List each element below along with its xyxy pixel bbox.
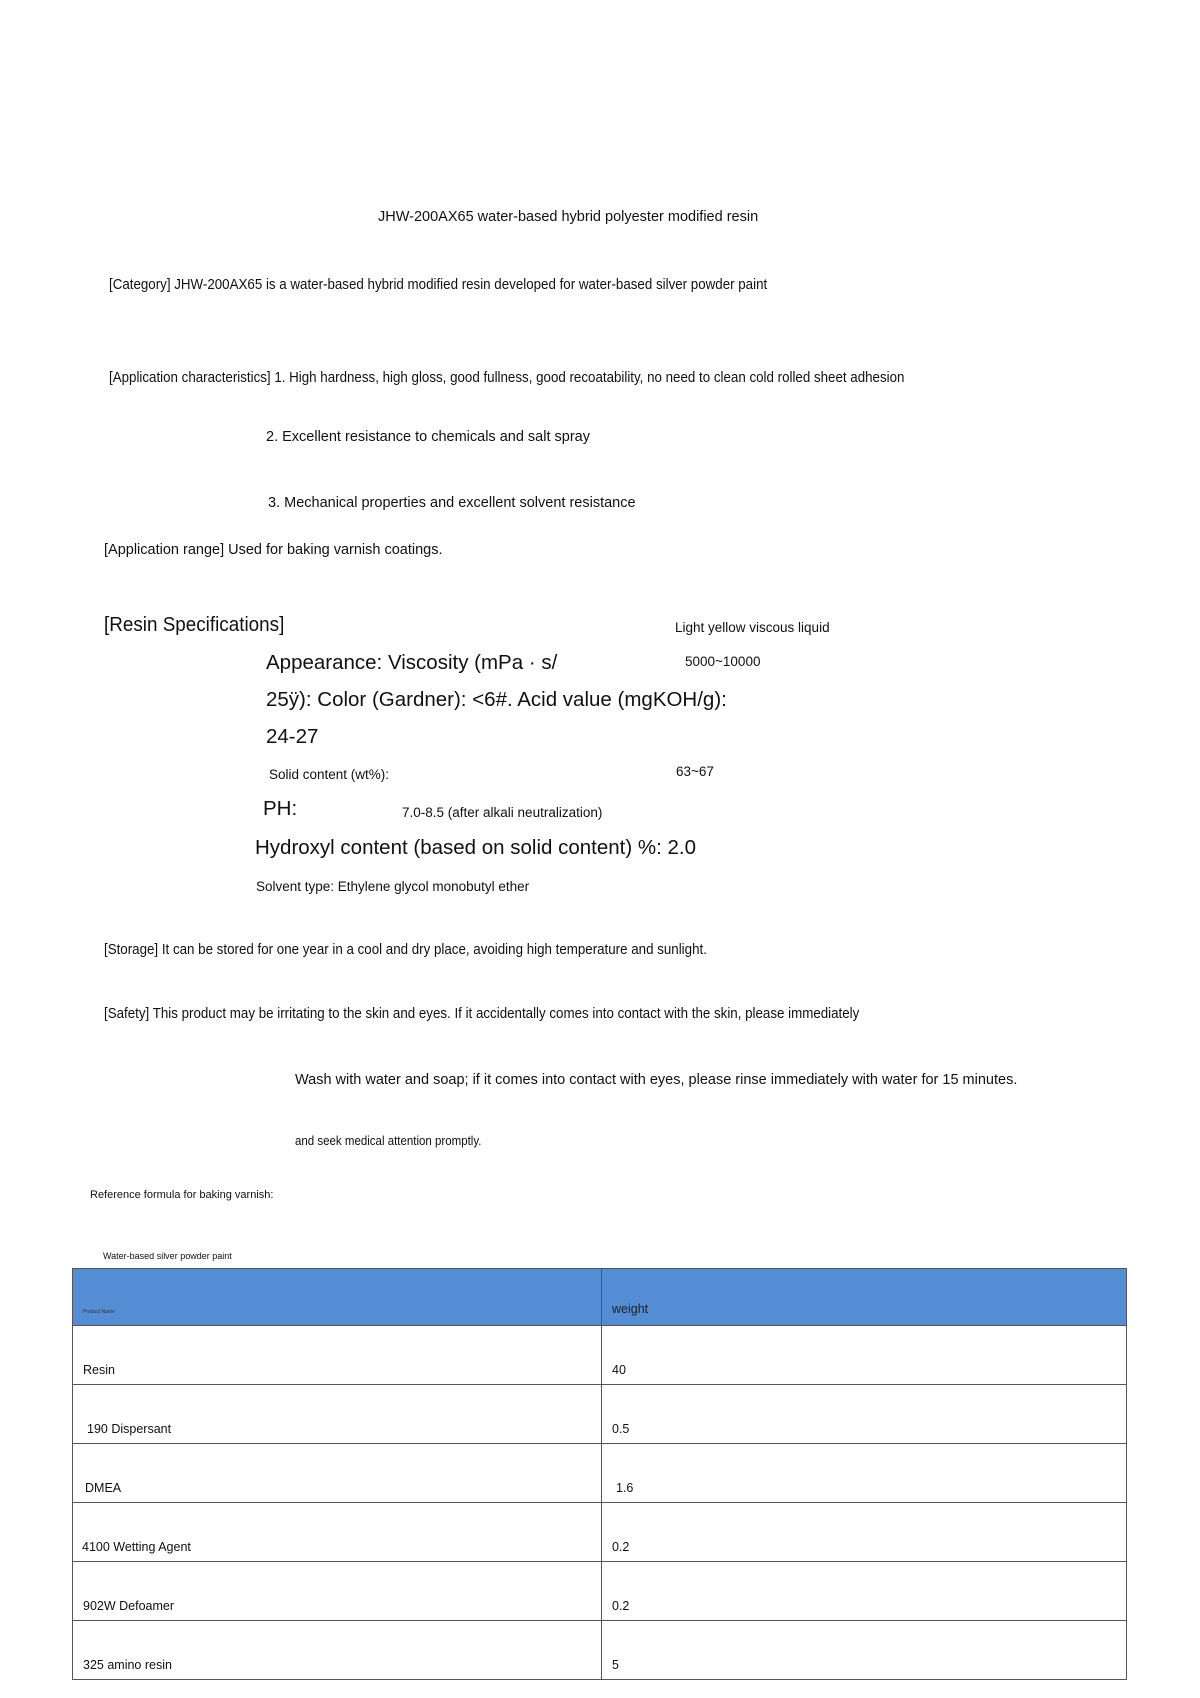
formula-table: Product Name weight Resin40 190 Dispersa… — [72, 1268, 1127, 1680]
application-characteristics-2: 2. Excellent resistance to chemicals and… — [266, 430, 590, 445]
table-row: DMEA1.6 — [73, 1444, 1127, 1503]
application-characteristics-3: 3. Mechanical properties and excellent s… — [268, 496, 636, 511]
weight-cell: 40 — [602, 1326, 1127, 1385]
hydroxyl-content: Hydroxyl content (based on solid content… — [255, 838, 696, 859]
category-text: [Category] JHW-200AX65 is a water-based … — [109, 278, 767, 293]
reference-formula-label: Reference formula for baking varnish: — [90, 1190, 273, 1201]
document-title: JHW-200AX65 water-based hybrid polyester… — [378, 210, 758, 225]
table-row: 902W Defoamer0.2 — [73, 1562, 1127, 1621]
product-name-cell: 4100 Wetting Agent — [73, 1503, 602, 1562]
application-characteristics-1: [Application characteristics] 1. High ha… — [109, 371, 904, 386]
column-header-weight: weight — [602, 1269, 1127, 1326]
weight-cell: 0.2 — [602, 1503, 1127, 1562]
solid-content-label: Solid content (wt%): — [269, 768, 389, 782]
ph-value: 7.0-8.5 (after alkali neutralization) — [402, 806, 602, 820]
weight-cell: 5 — [602, 1621, 1127, 1680]
safety-line-2: Wash with water and soap; if it comes in… — [295, 1073, 1017, 1088]
product-name-cell: Resin — [73, 1326, 602, 1385]
product-name-cell: 325 amino resin — [73, 1621, 602, 1680]
resin-specifications-heading: [Resin Specifications] — [104, 615, 284, 636]
table-row: Resin40 — [73, 1326, 1127, 1385]
weight-cell: 0.5 — [602, 1385, 1127, 1444]
column-header-product-name: Product Name — [73, 1269, 602, 1326]
application-range: [Application range] Used for baking varn… — [104, 543, 443, 558]
spec-line-color-acid: 25ÿ): Color (Gardner): <6#. Acid value (… — [266, 690, 727, 711]
viscosity-value: 5000~10000 — [685, 655, 760, 669]
table-header-row: Product Name weight — [73, 1269, 1127, 1326]
safety-line-1: [Safety] This product may be irritating … — [104, 1007, 859, 1022]
safety-line-3: and seek medical attention promptly. — [295, 1135, 481, 1148]
solvent-type: Solvent type: Ethylene glycol monobutyl … — [256, 880, 529, 894]
product-name-cell: DMEA — [73, 1444, 602, 1503]
acid-value: 24-27 — [266, 727, 318, 748]
weight-cell: 0.2 — [602, 1562, 1127, 1621]
product-name-cell: 190 Dispersant — [73, 1385, 602, 1444]
solid-content-value: 63~67 — [676, 765, 714, 779]
spec-line-viscosity: Appearance: Viscosity (mPa · s/ — [266, 653, 557, 674]
table-row: 325 amino resin5 — [73, 1621, 1127, 1680]
storage-text: [Storage] It can be stored for one year … — [104, 943, 707, 958]
weight-cell: 1.6 — [602, 1444, 1127, 1503]
table-caption: Water-based silver powder paint — [103, 1252, 232, 1261]
appearance-value: Light yellow viscous liquid — [675, 621, 830, 635]
product-name-cell: 902W Defoamer — [73, 1562, 602, 1621]
table-row: 190 Dispersant0.5 — [73, 1385, 1127, 1444]
table-row: 4100 Wetting Agent0.2 — [73, 1503, 1127, 1562]
ph-label: PH: — [263, 799, 297, 820]
